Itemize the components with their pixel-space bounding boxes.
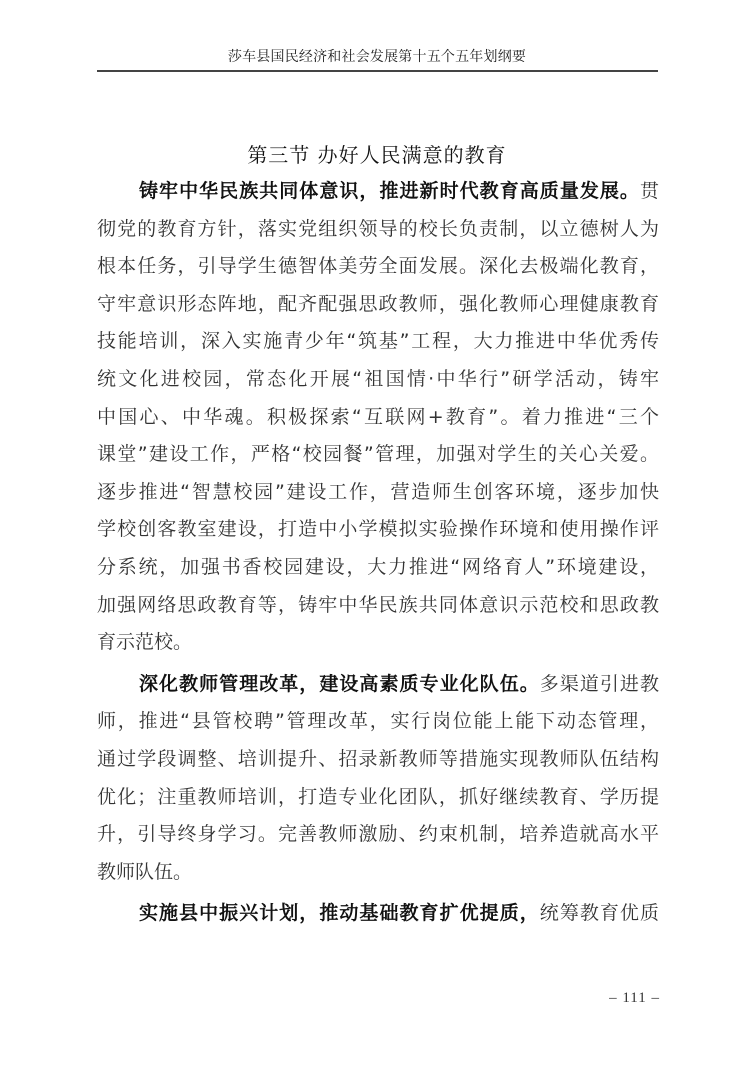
paragraph-line: 中国心、中华魂。积极探索“互联网+教育”。着力推进“三个 [97, 399, 659, 437]
paragraph-line: 分系统，加强书香校园建设，大力推进“网络育人”环境建设， [97, 549, 659, 587]
paragraph-line: 教师队伍。 [97, 854, 659, 892]
body-text: 铸牢中华民族共同体意识，推进新时代教育高质量发展。贯 彻党的教育方针，落实党组织… [97, 173, 659, 933]
paragraph-line: 彻党的教育方针，落实党组织领导的校长负责制，以立德树人为 [97, 211, 659, 249]
paragraph-line: 根本任务，引导学生德智体美劳全面发展。深化去极端化教育， [97, 248, 659, 286]
section-title: 第三节 办好人民满意的教育 [97, 139, 657, 168]
paragraph-line: 育示范校。 [97, 624, 659, 662]
paragraph-1-lead: 铸牢中华民族共同体意识，推进新时代教育高质量发展。 [139, 180, 640, 202]
paragraph-3-line-1: 实施县中振兴计划，推动基础教育扩优提质，统筹教育优质 [97, 895, 659, 933]
paragraph-line: 课堂”建设工作，严格“校园餐”管理，加强对学生的关心关爱。 [97, 436, 659, 474]
paragraph-line: 统文化进校园，常态化开展“祖国情·中华行”研学活动，铸牢 [97, 361, 659, 399]
paragraph-line: 守牢意识形态阵地，配齐配强思政教师，强化教师心理健康教育 [97, 286, 659, 324]
paragraph-line: 通过学段调整、培训提升、招录新教师等措施实现教师队伍结构 [97, 741, 659, 779]
page-number: – 111 – [560, 990, 660, 1007]
paragraph-line: 学校创客教室建设，打造中小学模拟实验操作环境和使用操作评 [97, 511, 659, 549]
paragraph-3-lead: 实施县中振兴计划，推动基础教育扩优提质， [139, 902, 540, 924]
paragraph-line: 逐步推进“智慧校园”建设工作，营造师生创客环境，逐步加快 [97, 474, 659, 512]
paragraph-2-lead: 深化教师管理改革，建设高素质专业化队伍。 [139, 673, 540, 695]
running-header: 莎车县国民经济和社会发展第十五个五年划纲要 [97, 46, 657, 66]
paragraph-line: 师，推进“县管校聘”管理改革，实行岗位能上能下动态管理， [97, 703, 659, 741]
header-divider [97, 70, 658, 72]
paragraph-line: 升，引导终身学习。完善教师激励、约束机制，培养造就高水平 [97, 816, 659, 854]
paragraph-line: 技能培训，深入实施青少年“筑基”工程，大力推进中华优秀传 [97, 323, 659, 361]
paragraph-2-line-1: 深化教师管理改革，建设高素质专业化队伍。多渠道引进教 [97, 666, 659, 704]
paragraph-line: 优化；注重教师培训，打造专业化团队，抓好继续教育、学历提 [97, 779, 659, 817]
paragraph-line: 加强网络思政教育等，铸牢中华民族共同体意识示范校和思政教 [97, 587, 659, 625]
paragraph-1-line-1: 铸牢中华民族共同体意识，推进新时代教育高质量发展。贯 [97, 173, 659, 211]
